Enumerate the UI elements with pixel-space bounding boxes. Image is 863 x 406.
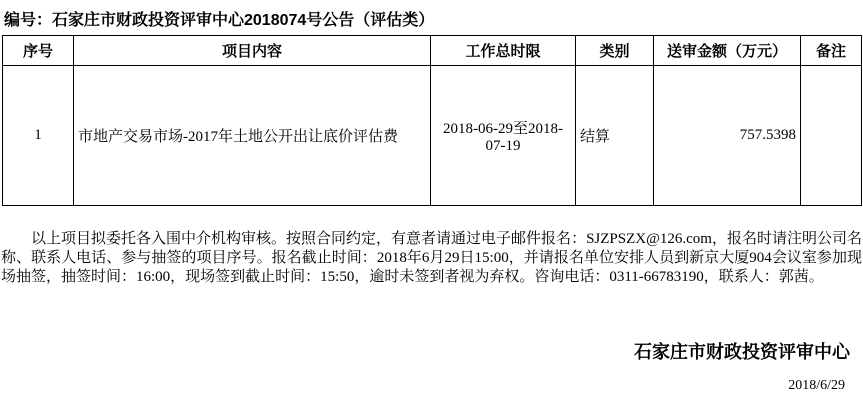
announcement-page: 编号：石家庄市财政投资评审中心2018074号公告（评估类） 序号 项目内容 工…: [0, 0, 863, 406]
cell-remark: [801, 66, 862, 206]
cell-category: 结算: [576, 66, 654, 206]
column-header-remark: 备注: [801, 36, 862, 66]
cell-seq: 1: [3, 66, 74, 206]
cell-content: 市地产交易市场-2017年土地公开出让底价评估费: [74, 66, 431, 206]
column-header-amount: 送审金额（万元）: [654, 36, 801, 66]
cell-time-limit: 2018-06-29至2018-07-19: [431, 66, 576, 206]
notice-paragraph: 以上项目拟委托各入围中介机构审核。按照合同约定，有意者请通过电子邮件报名：SJZ…: [1, 230, 862, 287]
table-row: 1 市地产交易市场-2017年土地公开出让底价评估费 2018-06-29至20…: [3, 66, 862, 206]
column-header-content: 项目内容: [74, 36, 431, 66]
cell-amount: 757.5398: [654, 66, 801, 206]
column-header-seq: 序号: [3, 36, 74, 66]
signature: 石家庄市财政投资评审中心: [634, 338, 850, 364]
column-header-time-limit: 工作总时限: [431, 36, 576, 66]
table-header-row: 序号 项目内容 工作总时限 类别 送审金额（万元） 备注: [3, 36, 862, 66]
date: 2018/6/29: [788, 378, 845, 394]
column-header-category: 类别: [576, 36, 654, 66]
page-title: 编号：石家庄市财政投资评审中心2018074号公告（评估类）: [4, 7, 434, 30]
announcement-table: 序号 项目内容 工作总时限 类别 送审金额（万元） 备注 1 市地产交易市场-2…: [2, 35, 862, 206]
